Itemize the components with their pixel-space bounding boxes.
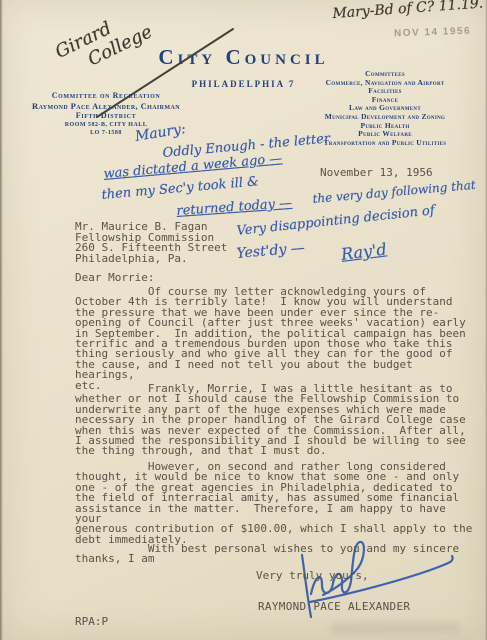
committee-name: Committee on Recreation bbox=[8, 91, 204, 101]
district: Fifth District bbox=[8, 111, 204, 121]
salutation: Dear Morrie: bbox=[75, 273, 154, 283]
margin-note-line: the very day following that bbox=[312, 178, 476, 206]
typed-signer-name: RAYMOND PACE ALEXANDER bbox=[258, 602, 410, 612]
margin-note-initial-signature: Ray'd bbox=[340, 239, 388, 263]
scanned-letter-page: City Council PHILADELPHIA 7 Committee on… bbox=[0, 0, 487, 640]
chairman-name: Raymond Pace Alexander, Chairman bbox=[8, 101, 204, 111]
paper-smudge bbox=[330, 622, 460, 634]
scan-edge-shadow-left bbox=[0, 0, 3, 640]
typist-reference: RPA:P bbox=[75, 617, 108, 627]
closing-paragraph: With best personal wishes to you and my … bbox=[75, 544, 475, 565]
received-date-stamp: NOV 14 1956 bbox=[394, 26, 471, 40]
valediction: Very truly yours, bbox=[256, 571, 369, 581]
margin-note-line: returned today — bbox=[176, 196, 293, 219]
body-paragraph: Of course my letter acknowledging yours … bbox=[75, 287, 475, 391]
margin-note-line: Yest'dy — bbox=[236, 240, 305, 262]
letter-date: November 13, 1956 bbox=[320, 168, 433, 178]
body-paragraph: However, on second and rather long consi… bbox=[75, 462, 475, 545]
recipient-address-block: Mr. Maurice B. Fagan Fellowship Commissi… bbox=[75, 222, 227, 264]
body-paragraph: Frankly, Morrie, I was a little hesitant… bbox=[75, 384, 475, 457]
handwritten-filing-note: Mary-Bd of C? 11.19. bbox=[332, 0, 484, 22]
